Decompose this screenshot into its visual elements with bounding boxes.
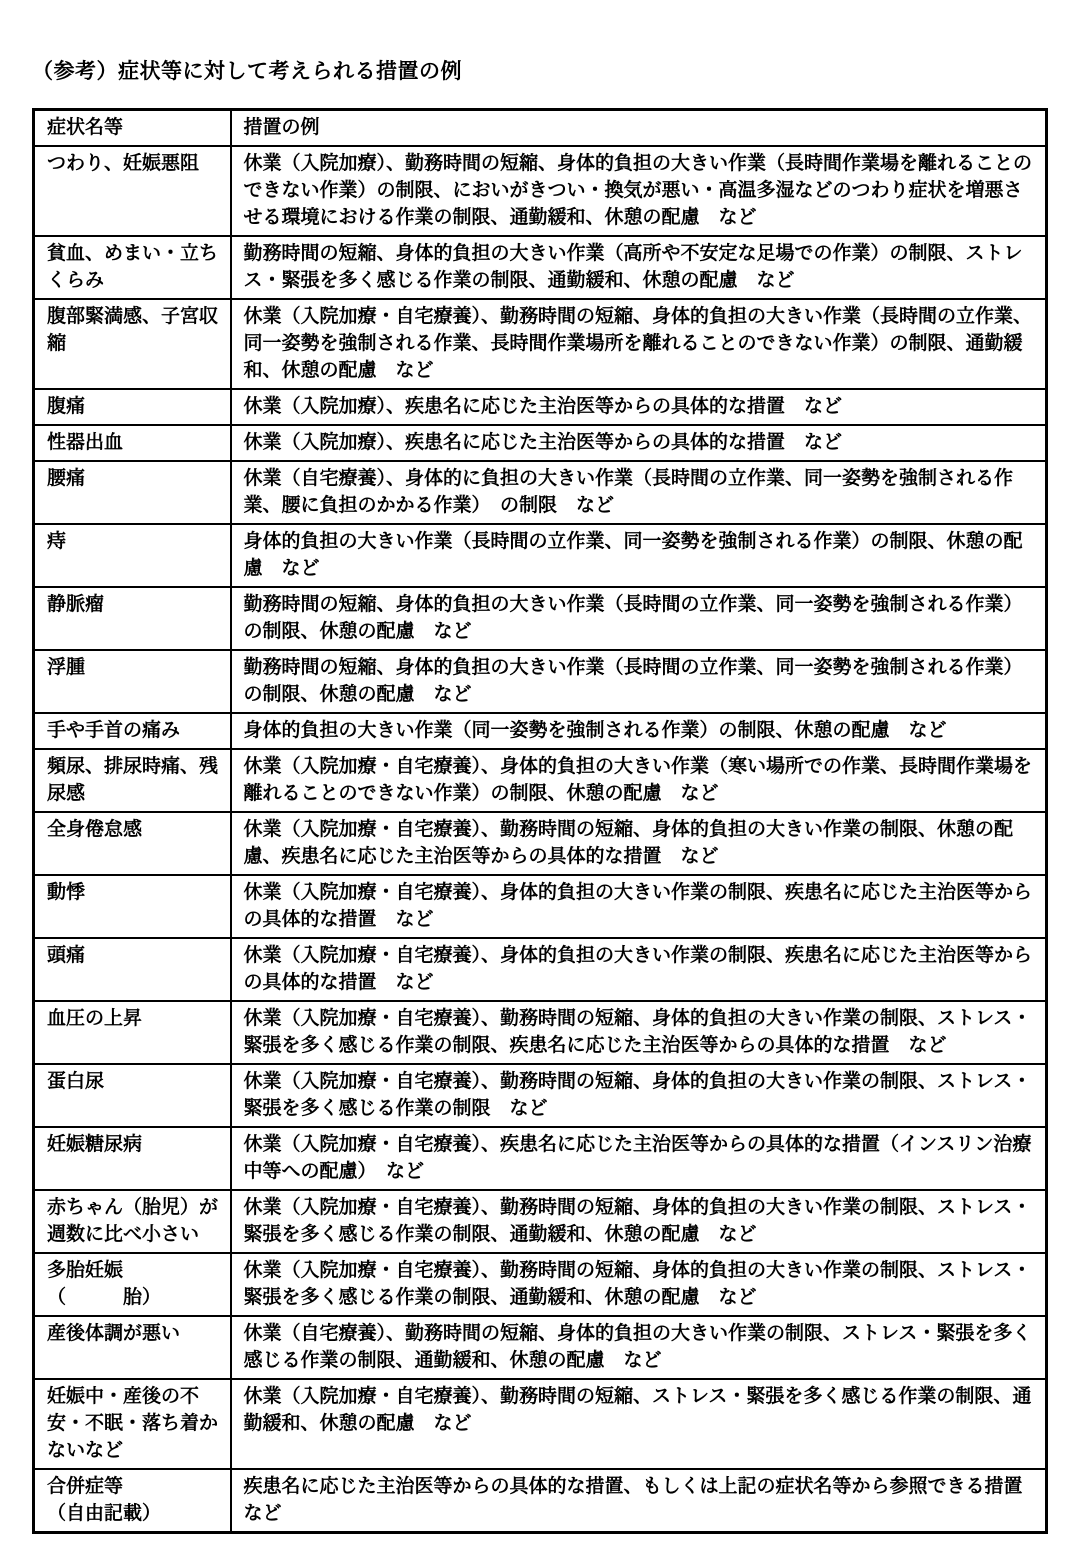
symptom-cell: 妊娠中・産後の不安・不眠・落ち着かないなど [34, 1379, 231, 1469]
table-row: 静脈瘤勤務時間の短縮、身体的負担の大きい作業（長時間の立作業、同一姿勢を強制され… [34, 587, 1047, 650]
table-row: 頭痛休業（入院加療・自宅療養）、身体的負担の大きい作業の制限、疾患名に応じた主治… [34, 938, 1047, 1001]
table-row: 貧血、めまい・立ちくらみ勤務時間の短縮、身体的負担の大きい作業（高所や不安定な足… [34, 236, 1047, 299]
symptom-cell: 全身倦怠感 [34, 812, 231, 875]
table-row: 動悸休業（入院加療・自宅療養）、身体的負担の大きい作業の制限、疾患名に応じた主治… [34, 875, 1047, 938]
symptom-cell: 合併症等 （自由記載） [34, 1469, 231, 1533]
measure-cell: 休業（自宅療養）、勤務時間の短縮、身体的負担の大きい作業の制限、ストレス・緊張を… [231, 1316, 1047, 1379]
measure-cell: 休業（入院加療・自宅療養）、勤務時間の短縮、身体的負担の大きい作業の制限、ストレ… [231, 1190, 1047, 1253]
measure-cell: 休業（入院加療・自宅療養）、勤務時間の短縮、ストレス・緊張を多く感じる作業の制限… [231, 1379, 1047, 1469]
symptom-cell: 動悸 [34, 875, 231, 938]
measure-cell: 休業（入院加療・自宅療養）、勤務時間の短縮、身体的負担の大きい作業の制限、ストレ… [231, 1253, 1047, 1316]
measure-cell: 休業（入院加療・自宅療養）、勤務時間の短縮、身体的負担の大きい作業の制限、ストレ… [231, 1064, 1047, 1127]
table-row: 全身倦怠感休業（入院加療・自宅療養）、勤務時間の短縮、身体的負担の大きい作業の制… [34, 812, 1047, 875]
measure-cell: 休業（入院加療）、勤務時間の短縮、身体的負担の大きい作業（長時間作業場を離れるこ… [231, 146, 1047, 236]
measure-cell: 休業（入院加療・自宅療養）、勤務時間の短縮、身体的負担の大きい作業の制限、休憩の… [231, 812, 1047, 875]
symptom-cell: 腹部緊満感、子宮収縮 [34, 299, 231, 389]
measure-cell: 勤務時間の短縮、身体的負担の大きい作業（長時間の立作業、同一姿勢を強制される作業… [231, 587, 1047, 650]
symptom-cell: 浮腫 [34, 650, 231, 713]
table-row: 多胎妊娠 （ 胎）休業（入院加療・自宅療養）、勤務時間の短縮、身体的負担の大きい… [34, 1253, 1047, 1316]
symptom-cell: 蛋白尿 [34, 1064, 231, 1127]
column-header-symptom: 症状名等 [34, 110, 231, 147]
measure-cell: 疾患名に応じた主治医等からの具体的な措置、もしくは上記の症状名等から参照できる措… [231, 1469, 1047, 1533]
page-title: （参考）症状等に対して考えられる措置の例 [32, 58, 1048, 86]
symptom-cell: 多胎妊娠 （ 胎） [34, 1253, 231, 1316]
column-header-measure: 措置の例 [231, 110, 1047, 147]
table-row: 性器出血休業（入院加療）、疾患名に応じた主治医等からの具体的な措置 など [34, 425, 1047, 461]
table-row: 痔身体的負担の大きい作業（長時間の立作業、同一姿勢を強制される作業）の制限、休憩… [34, 524, 1047, 587]
measure-cell: 勤務時間の短縮、身体的負担の大きい作業（長時間の立作業、同一姿勢を強制される作業… [231, 650, 1047, 713]
table-row: 浮腫勤務時間の短縮、身体的負担の大きい作業（長時間の立作業、同一姿勢を強制される… [34, 650, 1047, 713]
measure-cell: 休業（入院加療・自宅療養）、身体的負担の大きい作業の制限、疾患名に応じた主治医等… [231, 875, 1047, 938]
symptom-cell: 産後体調が悪い [34, 1316, 231, 1379]
symptom-cell: 妊娠糖尿病 [34, 1127, 231, 1190]
measures-table: 症状名等 措置の例 つわり、妊娠悪阻休業（入院加療）、勤務時間の短縮、身体的負担… [32, 108, 1048, 1534]
measure-cell: 休業（入院加療・自宅療養）、勤務時間の短縮、身体的負担の大きい作業の制限、ストレ… [231, 1001, 1047, 1064]
table-row: 腹部緊満感、子宮収縮休業（入院加療・自宅療養）、勤務時間の短縮、身体的負担の大き… [34, 299, 1047, 389]
symptom-cell: 頭痛 [34, 938, 231, 1001]
measure-cell: 身体的負担の大きい作業（同一姿勢を強制される作業）の制限、休憩の配慮 など [231, 713, 1047, 749]
symptom-cell: 血圧の上昇 [34, 1001, 231, 1064]
table-row: つわり、妊娠悪阻休業（入院加療）、勤務時間の短縮、身体的負担の大きい作業（長時間… [34, 146, 1047, 236]
measure-cell: 勤務時間の短縮、身体的負担の大きい作業（高所や不安定な足場での作業）の制限、スト… [231, 236, 1047, 299]
measure-cell: 休業（入院加療）、疾患名に応じた主治医等からの具体的な措置 など [231, 389, 1047, 425]
measure-cell: 休業（自宅療養）、身体的に負担の大きい作業（長時間の立作業、同一姿勢を強制される… [231, 461, 1047, 524]
table-row: 腹痛休業（入院加療）、疾患名に応じた主治医等からの具体的な措置 など [34, 389, 1047, 425]
table-body: つわり、妊娠悪阻休業（入院加療）、勤務時間の短縮、身体的負担の大きい作業（長時間… [34, 146, 1047, 1533]
table-row: 合併症等 （自由記載）疾患名に応じた主治医等からの具体的な措置、もしくは上記の症… [34, 1469, 1047, 1533]
table-row: 妊娠中・産後の不安・不眠・落ち着かないなど休業（入院加療・自宅療養）、勤務時間の… [34, 1379, 1047, 1469]
table-row: 手や手首の痛み身体的負担の大きい作業（同一姿勢を強制される作業）の制限、休憩の配… [34, 713, 1047, 749]
table-header-row: 症状名等 措置の例 [34, 110, 1047, 147]
table-row: 頻尿、排尿時痛、残尿感休業（入院加療・自宅療養）、身体的負担の大きい作業（寒い場… [34, 749, 1047, 812]
table-row: 腰痛休業（自宅療養）、身体的に負担の大きい作業（長時間の立作業、同一姿勢を強制さ… [34, 461, 1047, 524]
symptom-cell: 赤ちゃん（胎児）が週数に比べ小さい [34, 1190, 231, 1253]
table-row: 赤ちゃん（胎児）が週数に比べ小さい休業（入院加療・自宅療養）、勤務時間の短縮、身… [34, 1190, 1047, 1253]
measure-cell: 休業（入院加療）、疾患名に応じた主治医等からの具体的な措置 など [231, 425, 1047, 461]
measure-cell: 休業（入院加療・自宅療養）、勤務時間の短縮、身体的負担の大きい作業（長時間の立作… [231, 299, 1047, 389]
symptom-cell: つわり、妊娠悪阻 [34, 146, 231, 236]
symptom-cell: 腹痛 [34, 389, 231, 425]
table-row: 産後体調が悪い休業（自宅療養）、勤務時間の短縮、身体的負担の大きい作業の制限、ス… [34, 1316, 1047, 1379]
symptom-cell: 静脈瘤 [34, 587, 231, 650]
symptom-cell: 手や手首の痛み [34, 713, 231, 749]
measure-cell: 休業（入院加療・自宅療養）、身体的負担の大きい作業の制限、疾患名に応じた主治医等… [231, 938, 1047, 1001]
measure-cell: 休業（入院加療・自宅療養）、疾患名に応じた主治医等からの具体的な措置（インスリン… [231, 1127, 1047, 1190]
symptom-cell: 貧血、めまい・立ちくらみ [34, 236, 231, 299]
table-row: 妊娠糖尿病休業（入院加療・自宅療養）、疾患名に応じた主治医等からの具体的な措置（… [34, 1127, 1047, 1190]
symptom-cell: 痔 [34, 524, 231, 587]
symptom-cell: 頻尿、排尿時痛、残尿感 [34, 749, 231, 812]
table-row: 血圧の上昇休業（入院加療・自宅療養）、勤務時間の短縮、身体的負担の大きい作業の制… [34, 1001, 1047, 1064]
document-page: （参考）症状等に対して考えられる措置の例 症状名等 措置の例 つわり、妊娠悪阻休… [0, 0, 1080, 1560]
symptom-cell: 腰痛 [34, 461, 231, 524]
measure-cell: 休業（入院加療・自宅療養）、身体的負担の大きい作業（寒い場所での作業、長時間作業… [231, 749, 1047, 812]
table-row: 蛋白尿休業（入院加療・自宅療養）、勤務時間の短縮、身体的負担の大きい作業の制限、… [34, 1064, 1047, 1127]
symptom-cell: 性器出血 [34, 425, 231, 461]
measure-cell: 身体的負担の大きい作業（長時間の立作業、同一姿勢を強制される作業）の制限、休憩の… [231, 524, 1047, 587]
